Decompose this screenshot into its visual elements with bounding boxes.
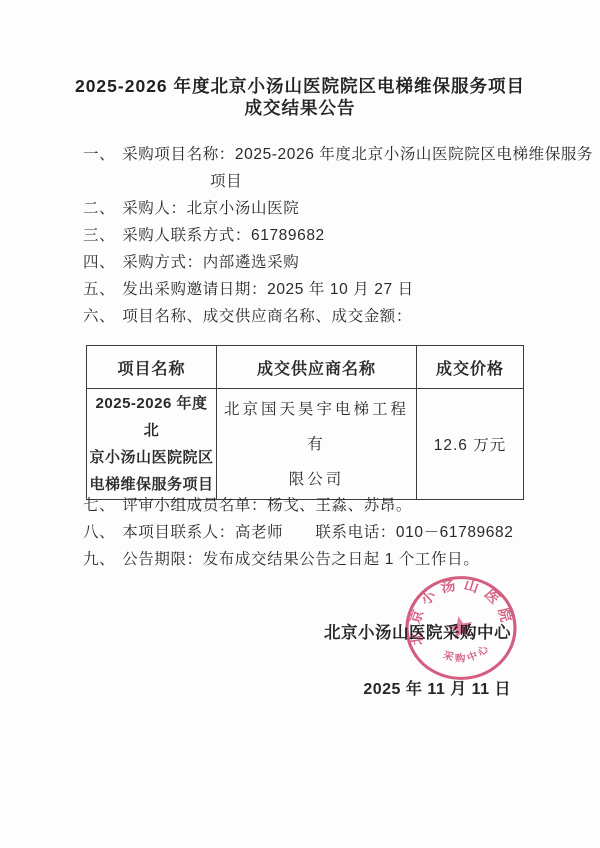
issue-date: 2025 年 11 月 11 日 <box>363 676 511 699</box>
document-page: 2025-2026 年度北京小汤山医院院区电梯维保服务项目 成交结果公告 一、采… <box>0 0 600 848</box>
award-result-table: 项目名称 成交供应商名称 成交价格 2025-2026 年度北 京小汤山医院院区… <box>86 345 524 500</box>
list-item-3: 三、采购人联系方式：61789682 <box>83 222 583 249</box>
item-number: 一、 <box>83 146 115 163</box>
list-item-1: 一、采购项目名称：2025-2026 年度北京小汤山医院院区电梯维保服务 <box>83 141 583 168</box>
supplier-name-line: 北京国天昊宇电梯工程有 <box>218 392 415 462</box>
item-number: 六、 <box>83 308 115 325</box>
col-header-supplier-name: 成交供应商名称 <box>217 346 417 389</box>
item-text: 采购方式：内部遴选采购 <box>122 254 299 271</box>
item-text: 采购人：北京小汤山医院 <box>122 200 299 217</box>
col-header-price: 成交价格 <box>417 346 524 389</box>
items-section-bottom: 七、评审小组成员名单：杨戈、王淼、苏昂。 八、本项目联系人：高老师 联系电话：0… <box>83 492 583 573</box>
list-item-1-continuation: 项目 <box>83 168 583 195</box>
title-line-1: 2025-2026 年度北京小汤山医院院区电梯维保服务项目 <box>0 75 600 97</box>
list-item-9: 九、公告期限：发布成交结果公告之日起 1 个工作日。 <box>83 546 583 573</box>
item-text: 采购人联系方式：61789682 <box>122 227 325 244</box>
item-number: 五、 <box>83 281 115 298</box>
item-number: 二、 <box>83 200 115 217</box>
item-text: 项目名称、成交供应商名称、成交金额： <box>122 308 412 325</box>
item-number: 七、 <box>83 497 115 514</box>
document-title: 2025-2026 年度北京小汤山医院院区电梯维保服务项目 成交结果公告 <box>0 75 600 119</box>
list-item-6: 六、项目名称、成交供应商名称、成交金额： <box>83 303 583 330</box>
table-row: 2025-2026 年度北 京小汤山医院院区 电梯维保服务项目 北京国天昊宇电梯… <box>87 389 524 500</box>
cell-price: 12.6 万元 <box>417 389 524 500</box>
title-line-2: 成交结果公告 <box>0 97 600 119</box>
item-text: 评审小组成员名单：杨戈、王淼、苏昂。 <box>122 497 412 514</box>
list-item-2: 二、采购人：北京小汤山医院 <box>83 195 583 222</box>
issuer-signature: 北京小汤山医院采购中心 <box>324 619 511 643</box>
svg-text:采购中心: 采购中心 <box>439 639 496 669</box>
cell-supplier-name: 北京国天昊宇电梯工程有 限公司 <box>217 389 417 500</box>
list-item-7: 七、评审小组成员名单：杨戈、王淼、苏昂。 <box>83 492 583 519</box>
item-text: 公告期限：发布成交结果公告之日起 1 个工作日。 <box>122 551 479 568</box>
list-item-4: 四、采购方式：内部遴选采购 <box>83 249 583 276</box>
item-number: 八、 <box>83 524 115 541</box>
project-name-line: 京小汤山医院院区 <box>88 444 215 471</box>
table-header-row: 项目名称 成交供应商名称 成交价格 <box>87 346 524 389</box>
item-number: 四、 <box>83 254 115 271</box>
col-header-project-name: 项目名称 <box>87 346 217 389</box>
list-item-5: 五、发出采购邀请日期：2025 年 10 月 27 日 <box>83 276 583 303</box>
item-number: 三、 <box>83 227 115 244</box>
stamp-bottom-text: 采购中心 <box>439 639 496 669</box>
item-text: 本项目联系人：高老师 联系电话：010－61789682 <box>122 524 513 541</box>
items-section-top: 一、采购项目名称：2025-2026 年度北京小汤山医院院区电梯维保服务 项目 … <box>83 141 583 330</box>
list-item-8: 八、本项目联系人：高老师 联系电话：010－61789682 <box>83 519 583 546</box>
item-text: 采购项目名称：2025-2026 年度北京小汤山医院院区电梯维保服务 <box>122 146 593 163</box>
item-number: 九、 <box>83 551 115 568</box>
item-text: 发出采购邀请日期：2025 年 10 月 27 日 <box>122 281 414 298</box>
project-name-line: 2025-2026 年度北 <box>88 390 215 444</box>
cell-project-name: 2025-2026 年度北 京小汤山医院院区 电梯维保服务项目 <box>87 389 217 500</box>
